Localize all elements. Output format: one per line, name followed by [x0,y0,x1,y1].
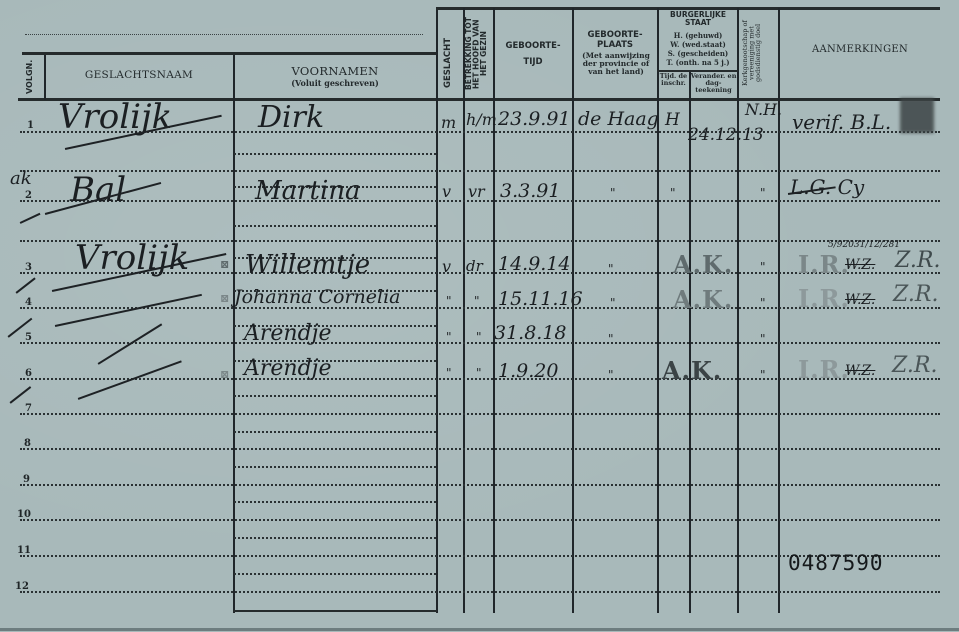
row4-kerkgenootschap: " [760,296,766,310]
col-divider-betrekking [493,8,495,613]
half-line-b [20,170,940,172]
margin-mark-2 [20,213,41,224]
row2-geboortetijd: 3.3.91 [500,180,560,202]
serial-number: 0487590 [788,551,884,575]
half-line-n [234,537,436,539]
row6-kerkgenootschap: " [760,368,766,382]
address-line [25,34,423,35]
col-divider-geboorteplaats [657,8,659,613]
row1-geboortetijd: 23.9.91 [498,108,571,130]
row1-kerkgenootschap: N.H. [745,100,782,119]
row-line-8 [20,448,940,450]
header-verander: Verander. en dag-teekening [690,73,737,93]
row4-aanm-wz: W.Z. [845,292,875,308]
row1-geboorteplaats: de Haag [578,108,659,130]
margin-mark-3 [16,277,36,293]
row3-checkbox-stamp: ⊠ [220,258,230,271]
col-divider-voornamen [436,55,438,613]
row5-geslacht: " [446,330,452,344]
row6-ak-stamp: A.K. [662,356,722,385]
registration-card: VOLGN. GESLACHTSNAAM VOORNAMEN (Voluit g… [0,0,959,632]
header-bs-s: S. (gescheiden) [658,50,738,57]
row3-voornamen: Willemtje [245,250,370,280]
header-geboortetijd-2: TIJD [494,58,572,67]
row-number-8: 8 [24,438,31,449]
col-divider-kerkgenootschap [778,8,780,613]
row3-aanm-wz: W.Z. [845,257,875,273]
row3-aanmerkingen: Z.R. [895,248,940,273]
row5-kerkgenootschap: " [760,332,766,346]
row-number-11: 11 [17,545,31,556]
row1-burgerlijke-staat: H [665,110,680,130]
row4-checkbox-stamp: ⊠ [220,292,230,305]
row6-geboorteplaats: " [608,368,614,382]
row-number-12: 12 [15,581,29,592]
row3-geslacht: v [442,257,451,276]
half-line-m [234,501,436,503]
row-line-7 [20,413,940,415]
header-kerkgenootschap: Kerkgenootschap of vereeniging met godsd… [742,10,776,96]
half-line-e [234,225,436,227]
header-geboorteplaats-sub: (Met aanwijzing der provincie of van het… [578,52,654,76]
row4-strike [55,294,202,327]
header-bs-w: W. (wed.staat) [658,41,738,48]
row1-verander: 24.12.13 [688,125,764,145]
row3-ir-stamp: I.R. [798,250,850,279]
row1-voornamen: Dirk [258,100,324,135]
row4-geboorteplaats: " [610,296,616,310]
voornamen-bottom-border [233,610,437,612]
row6-ir-stamp: I.R. [798,355,850,384]
row4-geslacht: " [446,294,452,308]
half-line-o [234,573,436,575]
col-divider-geslachtsnaam [233,55,235,613]
row-number-1: 1 [27,120,34,131]
row-number-5: 5 [25,332,32,343]
header-step-vline [436,7,438,55]
header-geboorteplaats-1: GEBOORTE- [573,31,657,40]
row1-aanmerkingen: verif. B.L. [792,110,891,134]
row-line-10 [20,519,940,521]
row3-geboortetijd: 14.9.14 [498,253,571,275]
row5-geboorteplaats: " [608,332,614,346]
row4-voornamen: Johanna Cornelia [234,286,400,308]
row4-geboortetijd: 15.11.16 [498,288,583,310]
row1-geslachtsnaam: Vrolijk [58,97,172,137]
row2-burgerlijke-staat: " [670,186,676,200]
row5-betrekking: " [476,330,482,344]
header-geboortetijd-1: GEBOORTE- [494,42,572,51]
card-bottom-edge [0,628,959,631]
half-line-l [234,466,436,468]
header-voornamen-sub: (Voluit geschreven) [233,79,437,87]
row-line-9 [20,484,940,486]
row3-geboorteplaats: " [608,262,614,276]
row1-betrekking: h/m [466,110,497,129]
row-number-9: 9 [23,474,30,485]
header-betrekking: BETREKKING TOT HET HOOFD VAN HET GEZIN [465,12,493,96]
row6-geslacht: " [446,366,452,380]
margin-mark-6 [10,386,31,403]
header-bs-h: H. (gehuwd) [658,32,738,39]
row3-aanm-note: 5/92031/12/281 [828,240,900,250]
row4-ir-stamp: I.R. [798,284,850,313]
col-divider-geslacht [463,8,465,613]
row2-kerkgenootschap: " [760,186,766,200]
row-number-3: 3 [25,262,32,273]
header-voornamen: VOORNAMEN [233,65,437,77]
header-geslacht: GESLACHT [444,30,458,96]
row-number-4: 4 [25,297,32,308]
row6-voornamen: Arendje [244,356,332,381]
half-line-k [234,431,436,433]
header-aanmerkingen: AANMERKINGEN [780,45,940,56]
row5-geboortetijd: 31.8.18 [494,322,567,344]
row2-prefix: ak [10,168,32,189]
row4-betrekking: " [474,294,480,308]
row6-betrekking: " [476,366,482,380]
row2-voornamen: Martina [255,176,361,206]
header-geslachtsnaam: GESLACHTSNAAM [45,70,233,81]
row2-geboorteplaats: " [610,186,616,200]
header-geboorteplaats-2: PLAATS [573,41,657,50]
row3-kerkgenootschap: " [760,260,766,274]
row5-voornamen: Arendje [244,321,332,346]
row-line-12 [20,591,940,593]
header-bs-t: T. (onth. na 5 j.) [658,59,738,66]
row2-betrekking: vr [468,182,485,201]
row6-checkbox-stamp: ⊠ [220,368,230,381]
header-burgerlijke-staat: BURGERLIJKE STAAT [662,11,734,27]
row-number-2: 2 [25,190,32,201]
row6-geboortetijd: 1.9.20 [498,360,558,382]
row3-betrekking: dr [466,257,483,275]
row-number-7: 7 [25,403,32,414]
col-divider-geboortetijd [572,8,574,613]
header-tijd-inschr: Tijd. de inschr. [658,73,689,87]
row-number-10: 10 [17,509,31,520]
row4-aanmerkingen: Z.R. [893,282,938,307]
row2-geslacht: v [442,182,451,201]
header-top-border-left [22,52,438,55]
row3-ak-stamp: A.K. [673,250,733,279]
row-number-6: 6 [25,368,32,379]
row6-aanm-wz: W.Z. [845,363,875,379]
ink-smudge [900,98,934,133]
half-line-j [234,395,436,397]
header-volgn: VOLGN. [26,58,40,96]
row6-aanmerkingen: Z.R. [892,353,937,378]
col-divider-verander [737,8,739,613]
row1-geslacht: m [441,113,456,132]
row4-ak-stamp: A.K. [673,285,733,314]
half-line-a [234,153,436,155]
